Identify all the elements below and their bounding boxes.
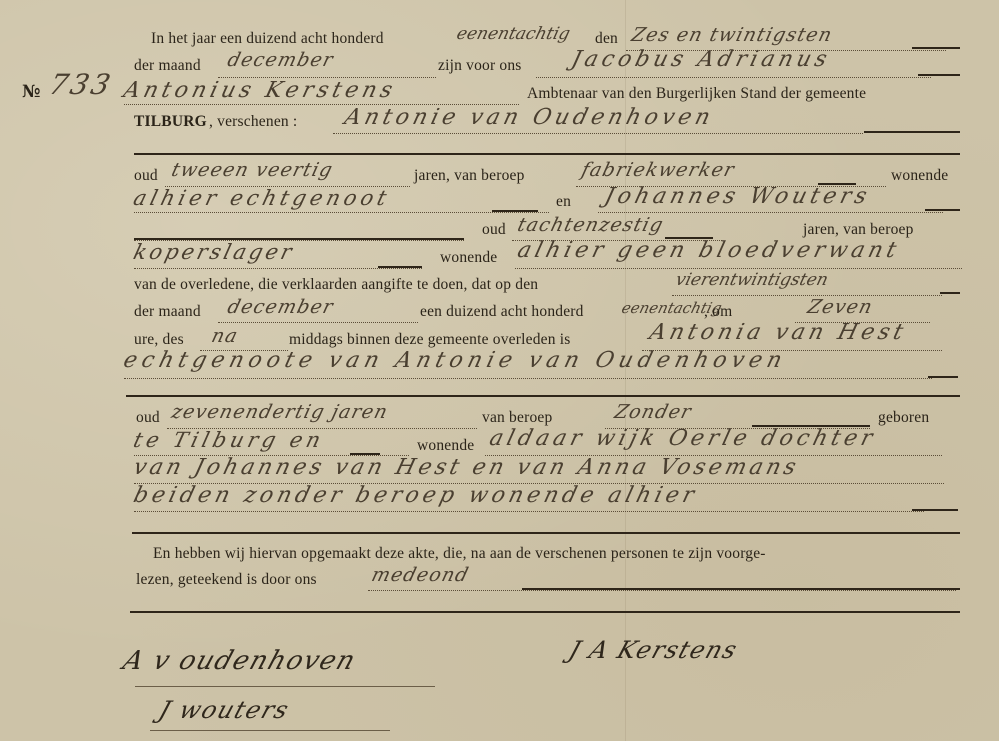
dotted-fill-line [536,77,931,78]
handwritten-deceased-name: Antonia van Hest [647,320,910,345]
handwritten-signatories: medeond [369,564,471,586]
handwritten-death-day: vierentwintigsten [674,270,831,290]
handwritten-declarant-1-occupation: fabriekwerker [579,159,737,181]
handwritten-declarant-2-age: tachtenzestig [515,214,666,236]
printed-text: wonende [417,437,474,455]
signature-registrar: J A Kerstens [565,636,741,664]
printed-text: , verschenen : [209,113,297,131]
filler-rule [522,588,960,590]
dotted-fill-line [218,322,418,323]
municipality-name: TILBURG [134,113,207,131]
line-4: TILBURG , verschenen : Antonie van Ouden… [0,109,999,139]
handwritten-parents: van Johannes van Hest en van Anna Vosema… [131,455,802,480]
printed-text: ure, des [134,331,184,349]
printed-text: Ambtenaar van den Burgerlijken Stand der… [527,85,866,103]
printed-text: geboren [878,409,929,427]
dotted-fill-line [333,133,863,134]
printed-text: van de overledene, die verklaarden aangi… [134,276,538,294]
dotted-fill-line [134,268,422,269]
printed-text: lezen, geteekend is door ons [136,571,317,589]
handwritten-deceased-age: zevenendertig jaren [169,401,390,423]
printed-text: en [556,193,571,211]
dotted-fill-line [124,378,932,379]
line-1: In het jaar een duizend acht honderd een… [0,26,999,56]
line-8: koperslager wonende alhier geen bloedver… [0,244,999,274]
dotted-fill-line [598,212,943,213]
handwritten-parents-details: beiden zonder beroep wonende alhier [131,483,701,508]
dotted-fill-line [672,295,942,296]
signature-declarant-1: A v oudenhoven [119,646,360,676]
printed-text: jaren, van beroep [414,167,525,185]
printed-text: der maand [134,57,201,75]
signature-underline [135,686,435,687]
handwritten-deceased-relation: echtgenoote van Antonie van Oudenhoven [121,348,789,373]
printed-text: jaren, van beroep [803,221,914,239]
filler-rule [132,532,960,534]
printed-text: middags binnen deze gemeente overleden i… [289,331,571,349]
filler-rule [130,611,960,613]
printed-text: zijn voor ons [438,57,522,75]
filler-rule [378,266,422,268]
handwritten-birthplace: te Tilburg en [131,428,327,452]
handwritten-official-name: Jacobus Adrianus [569,47,834,72]
printed-text: wonende [891,167,948,185]
filler-rule [912,509,958,511]
handwritten-deceased-occupation: Zonder [612,401,694,423]
handwritten-official-surname: Antonius Kerstens [121,78,399,103]
filler-rule [492,210,538,212]
printed-text: van beroep [482,409,552,427]
signature-declarant-2: J wouters [155,696,293,724]
handwritten-month: december [225,49,336,71]
handwritten-day: Zes en twintigsten [629,24,835,46]
printed-text: den [595,30,618,48]
line-6: alhier echtgenoot en Johannes Wouters [0,188,999,218]
dotted-fill-line [515,268,962,269]
filler-rule [925,209,960,211]
handwritten-deceased-residence: aldaar wijk Oerle dochter [487,426,879,451]
handwritten-declarant-2-residence: alhier geen bloedverwant [515,238,903,263]
line-16: beiden zonder beroep wonende alhier [0,487,999,517]
filler-rule [918,74,960,76]
handwritten-declarant-1-residence: alhier echtgenoot [131,186,393,210]
printed-text: oud [136,409,160,427]
dotted-fill-line [368,590,956,591]
printed-text: , om [704,303,732,321]
handwritten-death-hour: Zeven [805,296,875,318]
filler-rule [912,47,960,49]
printed-text: In het jaar een duizend acht honderd [151,30,384,48]
handwritten-declarant-1-age: tweeen veertig [169,159,335,181]
filler-rule [864,131,960,133]
line-18: lezen, geteekend is door ons medeond [0,568,999,598]
printed-text: een duizend acht honderd [420,303,584,321]
printed-text: der maand [134,303,201,321]
handwritten-declarant-2-occupation: koperslager [131,240,297,264]
handwritten-declarant-1: Antonie van Oudenhoven [342,105,717,130]
signature-underline [150,730,390,731]
dotted-fill-line [134,511,924,512]
printed-text: oud [134,167,158,185]
filler-rule [134,153,960,155]
line-12: echtgenoote van Antonie van Oudenhoven [0,352,999,382]
handwritten-death-month: december [225,296,336,318]
closing-statement: En hebben wij hiervan opgemaakt deze akt… [153,545,766,563]
printed-text: wonende [440,249,497,267]
handwritten-year: eenentachtig [455,24,573,44]
handwritten-time-of-day: na [209,325,240,347]
filler-rule [940,292,960,294]
filler-rule [126,395,960,397]
filler-rule [928,376,958,378]
handwritten-declarant-2: Johannes Wouters [602,184,873,209]
printed-text: oud [482,221,506,239]
dotted-fill-line [134,212,549,213]
